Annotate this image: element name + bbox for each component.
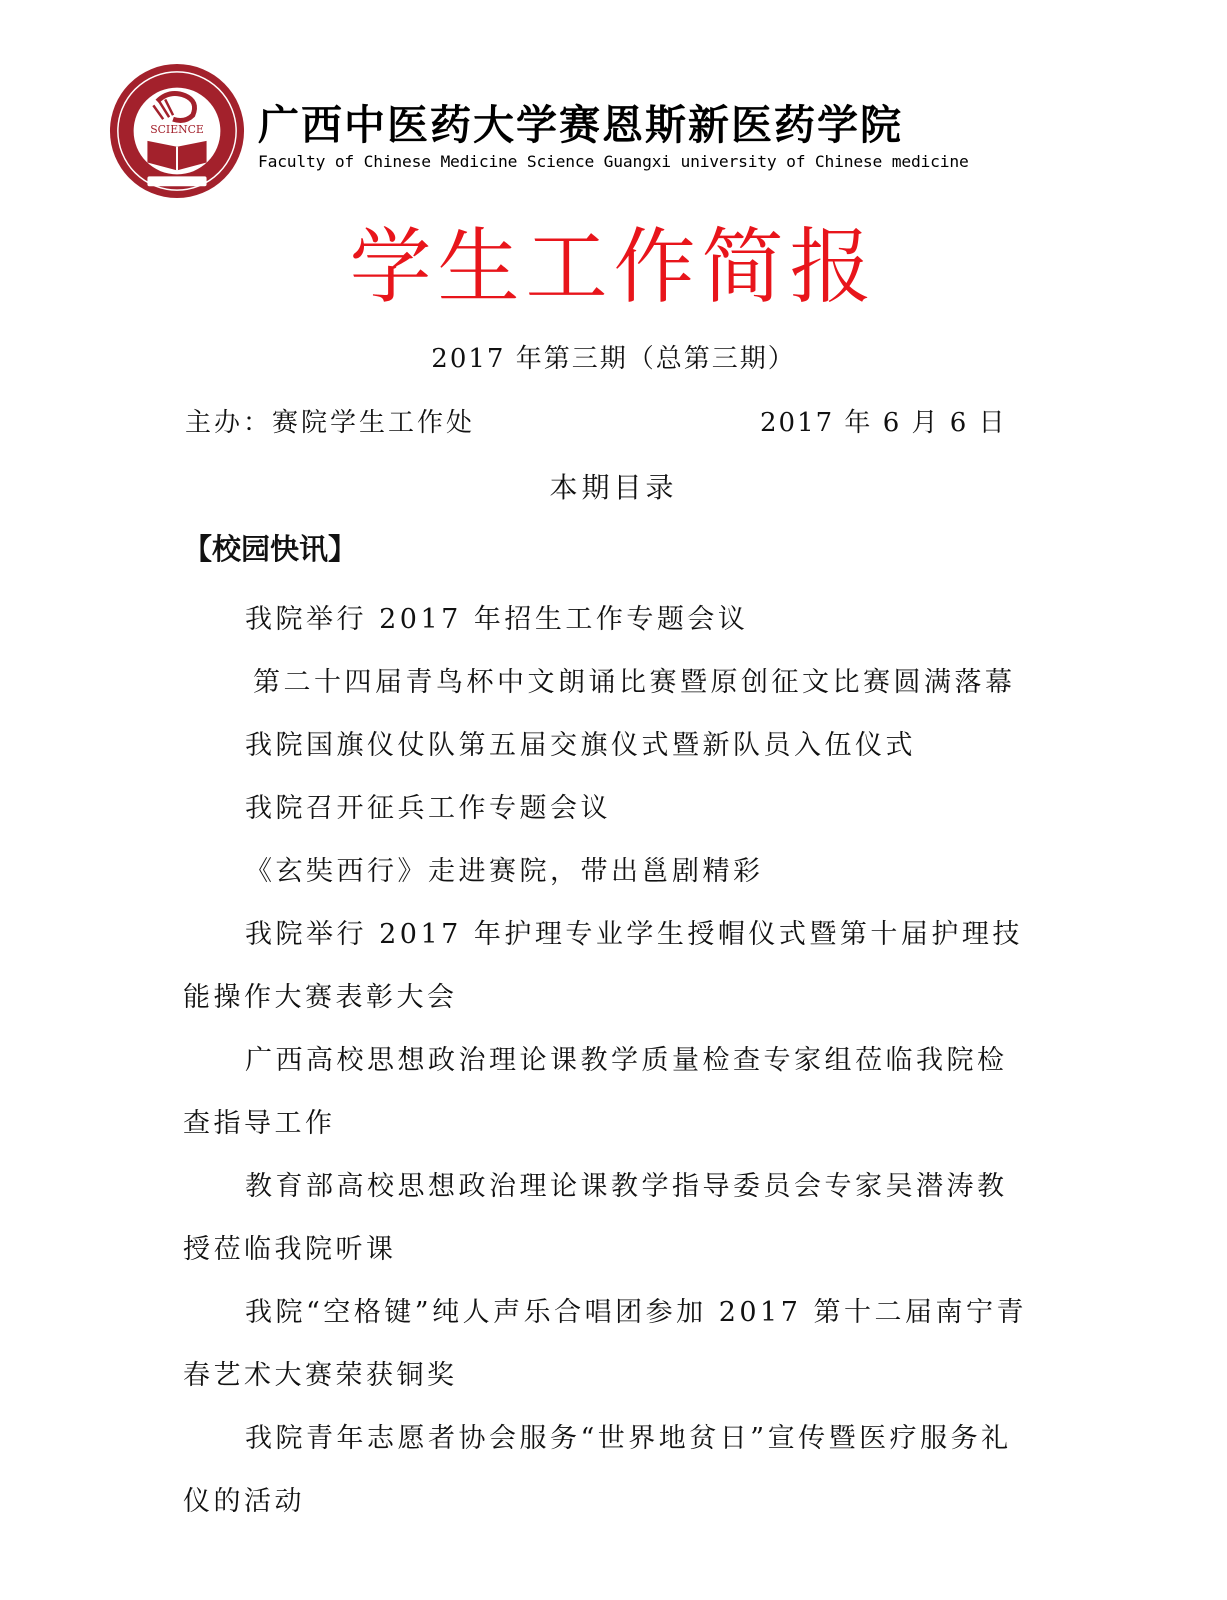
toc-item: 我院召开征兵工作专题会议 [183, 777, 1033, 840]
section-heading: 【校园快讯】 [183, 527, 357, 568]
school-name-en: Faculty of Chinese Medicine Science Guan… [258, 152, 969, 171]
svg-text:SCIENCE: SCIENCE [150, 123, 204, 136]
toc-item: 广西高校思想政治理论课教学质量检查专家组莅临我院检查指导工作 [183, 1029, 1033, 1155]
toc-item: 我院举行 2017 年护理专业学生授帽仪式暨第十届护理技能操作大赛表彰大会 [183, 903, 1033, 1029]
toc-item: 第二十四届青鸟杯中文朗诵比赛暨原创征文比赛圆满落幕 [183, 651, 1033, 714]
toc-item: 我院举行 2017 年招生工作专题会议 [183, 588, 1033, 651]
toc-item: 《玄奘西行》走进赛院，带出邕剧精彩 [183, 840, 1033, 903]
issue-number: 2017 年第三期（总第三期） [0, 338, 1227, 375]
toc-item: 我院“空格键”纯人声乐合唱团参加 2017 第十二届南宁青春艺术大赛荣获铜奖 [183, 1281, 1033, 1407]
toc-list: 我院举行 2017 年招生工作专题会议 第二十四届青鸟杯中文朗诵比赛暨原创征文比… [183, 588, 1033, 1533]
school-name-cn: 广西中医药大学赛恩斯新医药学院 [258, 92, 903, 151]
toc-item: 我院青年志愿者协会服务“世界地贫日”宣传暨医疗服务礼仪的活动 [183, 1407, 1033, 1533]
publish-date: 2017 年 6 月 6 日 [760, 402, 1007, 439]
organizer: 主办：赛院学生工作处 [185, 402, 475, 439]
toc-title: 本期目录 [0, 466, 1227, 506]
bulletin-title: 学生工作简报 [0, 218, 1227, 318]
document-header: SCIENCE 广西中医药大学赛恩斯新医药学院 Faculty of Chine… [108, 62, 938, 202]
school-emblem-icon: SCIENCE [108, 62, 246, 200]
toc-item: 教育部高校思想政治理论课教学指导委员会专家吴潜涛教授莅临我院听课 [183, 1155, 1033, 1281]
toc-item: 我院国旗仪仗队第五届交旗仪式暨新队员入伍仪式 [183, 714, 1033, 777]
